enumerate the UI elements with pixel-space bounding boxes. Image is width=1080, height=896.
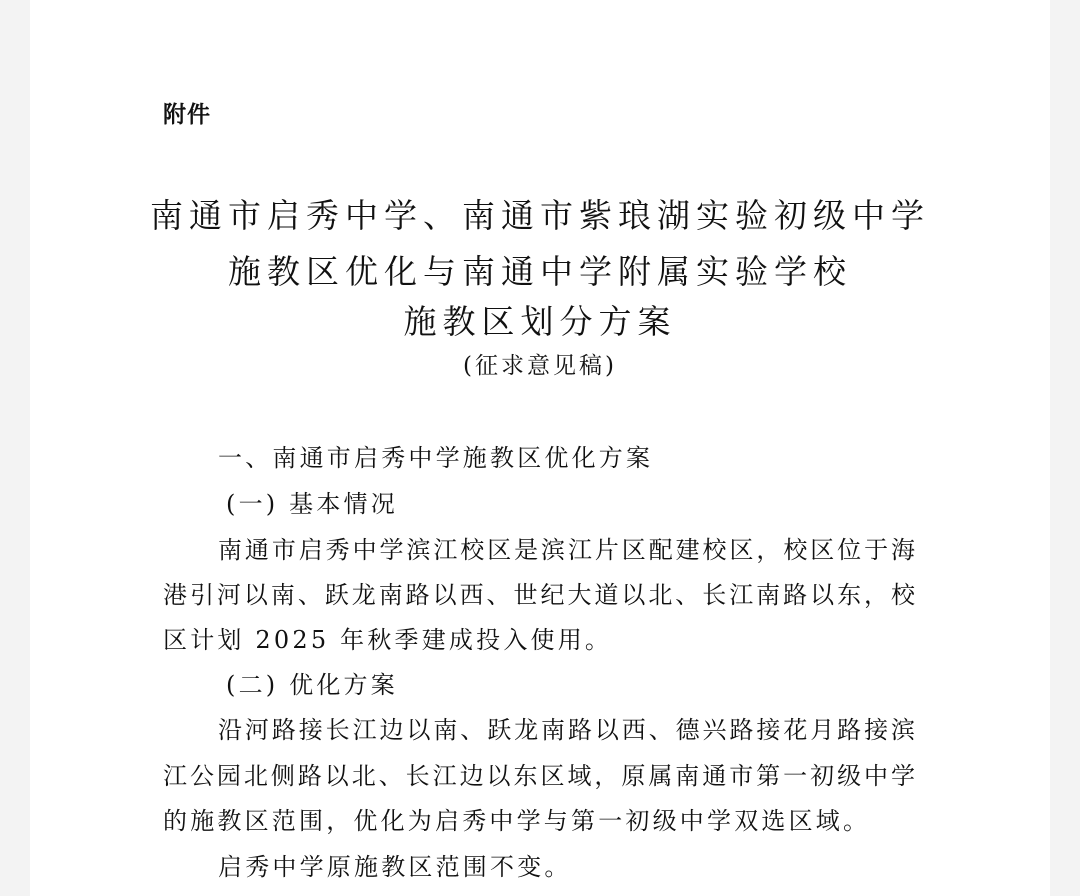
subsection-1-heading: (一) 基本情况 (226, 484, 986, 519)
document-page: 附件 南通市启秀中学、南通市紫琅湖实验初级中学 施教区优化与南通中学附属实验学校… (30, 0, 1050, 896)
attachment-label: 附件 (163, 96, 211, 129)
document-title-line-1: 南通市启秀中学、南通市紫琅湖实验初级中学 (30, 190, 1050, 237)
subsection-2-heading: (二) 优化方案 (226, 665, 986, 700)
document-subtitle: (征求意见稿) (30, 347, 1050, 380)
paragraph-line: 区计划 2025 年秋季建成投入使用。 (163, 620, 923, 655)
document-title-line-2: 施教区优化与南通中学附属实验学校 (30, 246, 1050, 293)
paragraph-line: 沿河路接长江边以南、跃龙南路以西、德兴路接花月路接滨 (218, 710, 915, 745)
paragraph-line: 启秀中学原施教区范围不变。 (218, 847, 978, 882)
paragraph-line: 江公园北侧路以北、长江边以东区域，原属南通市第一初级中学 (163, 756, 915, 791)
section-1-heading: 一、南通市启秀中学施教区优化方案 (218, 438, 978, 473)
document-title-line-3: 施教区划分方案 (30, 296, 1050, 343)
paragraph-line: 南通市启秀中学滨江校区是滨江片区配建校区，校区位于海 (218, 530, 915, 565)
paragraph-line: 港引河以南、跃龙南路以西、世纪大道以北、长江南路以东，校 (163, 575, 915, 610)
paragraph-line: 的施教区范围，优化为启秀中学与第一初级中学双选区域。 (163, 801, 923, 836)
